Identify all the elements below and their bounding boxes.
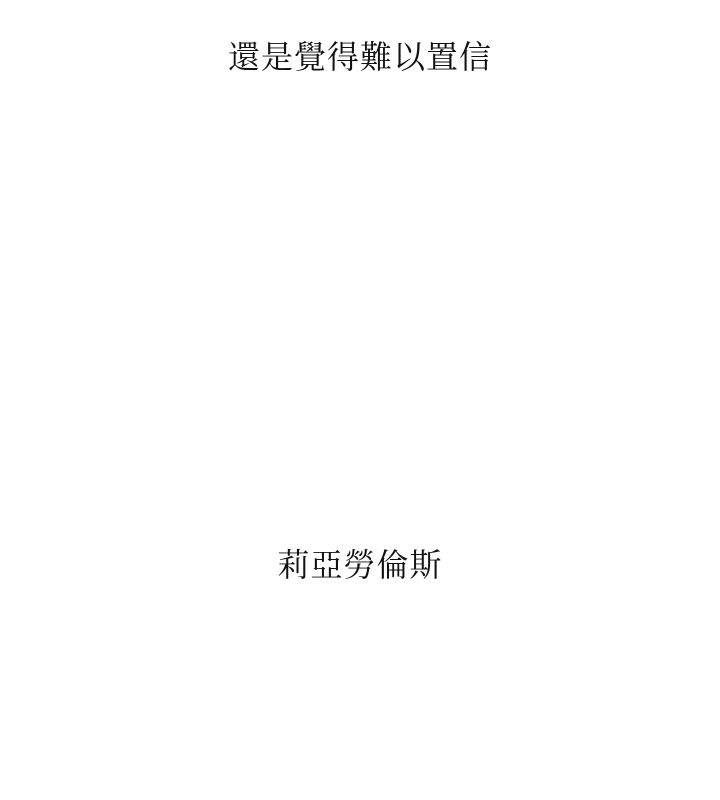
caption-top: 還是覺得難以置信 [0,37,720,77]
caption-bottom: 莉亞勞倫斯 [0,545,720,585]
comic-panel: 還是覺得難以置信 莉亞勞倫斯 [0,0,720,800]
